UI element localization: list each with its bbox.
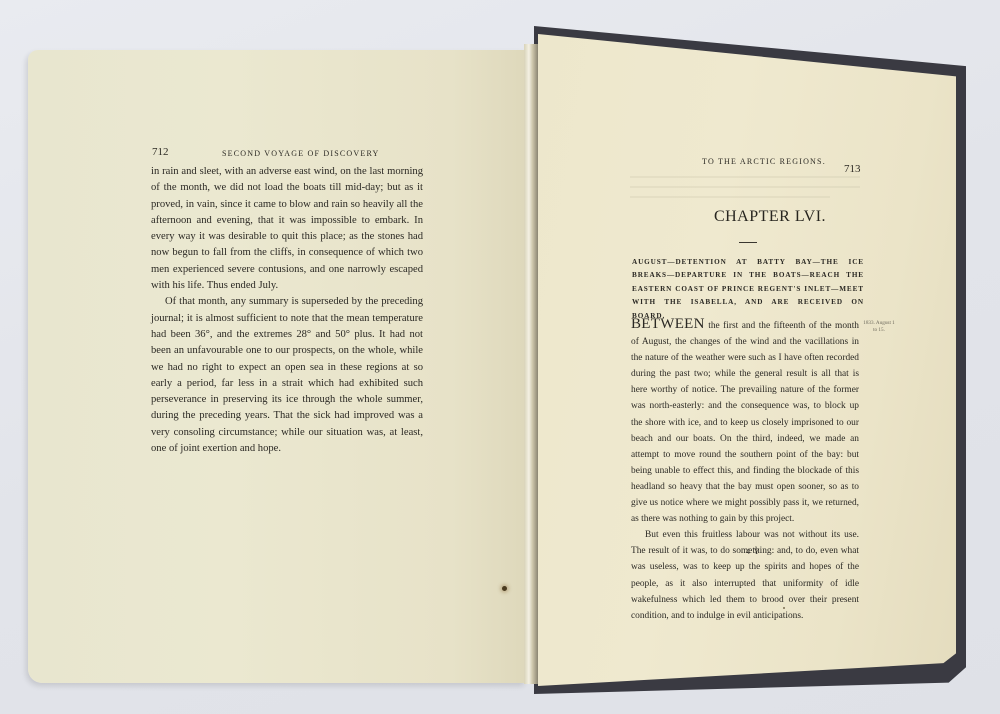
- signature-mark: 4 Y: [746, 547, 760, 556]
- foxing-spot: [502, 586, 507, 591]
- bleed-through-line: [630, 176, 860, 178]
- chapter-title: CHAPTER LVI.: [690, 208, 850, 226]
- margin-date-note: 1833. August 1 to 15.: [861, 320, 897, 333]
- left-running-head: SECOND VOYAGE OF DISCOVERY: [222, 149, 380, 158]
- left-paragraph-2: Of that month, any summary is superseded…: [151, 294, 423, 457]
- left-page-number: 712: [152, 146, 169, 158]
- foxing-spot: [783, 607, 785, 609]
- opening-word: BETWEEN: [631, 316, 705, 332]
- right-paragraph-2: But even this fruitless labour was not w…: [631, 527, 859, 624]
- right-page-body: BETWEEN the first and the fifteenth of t…: [631, 316, 859, 624]
- right-paragraph-1: BETWEEN the first and the fifteenth of t…: [631, 316, 859, 527]
- chapter-divider: [739, 242, 757, 243]
- right-running-head: TO THE ARCTIC REGIONS.: [702, 157, 826, 166]
- bleed-through-line: [630, 196, 830, 198]
- left-paragraph-1: in rain and sleet, with an adverse east …: [151, 164, 423, 294]
- book-spine-gutter: [524, 44, 538, 684]
- bleed-through-line: [630, 186, 860, 188]
- chapter-summary: August—Detention at Batty Bay—The ice br…: [632, 256, 864, 323]
- right-page-number: 713: [844, 163, 861, 175]
- book-photo: 712 SECOND VOYAGE OF DISCOVERY in rain a…: [0, 0, 1000, 714]
- right-paragraph-1-text: the first and the fifteenth of the month…: [631, 321, 859, 524]
- left-page-body: in rain and sleet, with an adverse east …: [151, 164, 423, 457]
